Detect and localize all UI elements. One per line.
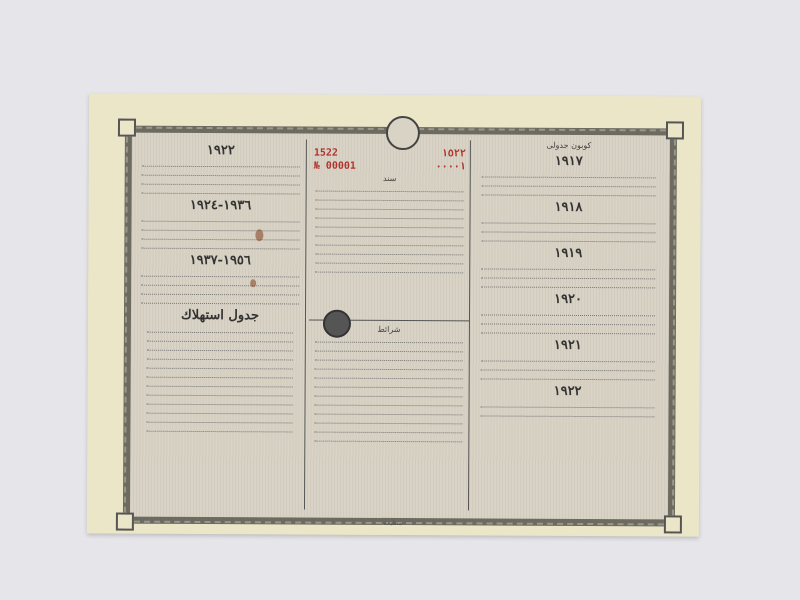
official-seal-icon <box>323 310 351 338</box>
year-range-heading: ١٩٥٦-١٩٣٧ <box>135 253 305 269</box>
year-range-heading: ١٩٣٦-١٩٢٤ <box>136 198 306 214</box>
ornamental-border: ١٩٢٢ ١٩٣٦-١٩٢٤ ١٩٥٦-١٩٣٧ جدول استهلاك 15… <box>123 126 677 527</box>
year-heading: ١٩١٧ <box>476 153 662 169</box>
amortization-table <box>140 327 299 433</box>
year-heading: ١٩٢٠ <box>475 291 661 307</box>
stain <box>255 229 263 241</box>
corner-ornament-icon <box>666 121 684 139</box>
year-heading: ١٩٢١ <box>475 337 661 353</box>
bond-header: سند <box>310 174 470 184</box>
year-heading: ١٩٢٢ <box>475 383 661 399</box>
bond-number: № 00001 <box>314 161 356 172</box>
coupon-title: كوبون جدولى <box>476 140 662 150</box>
corner-ornament-icon <box>118 119 136 137</box>
year-heading: ١٩٢٢ <box>136 143 306 159</box>
serial-latin: 1522 <box>314 148 338 159</box>
bond-document: ١٩٢٢ ١٩٣٦-١٩٢٤ ١٩٥٦-١٩٣٧ جدول استهلاك 15… <box>87 93 701 536</box>
left-amortization-column: ١٩٢٢ ١٩٣٦-١٩٢٤ ١٩٥٦-١٩٣٧ جدول استهلاك <box>134 139 307 510</box>
right-coupon-column: كوبون جدولى ١٩١٧ ١٩١٨ ١٩١٩ ١٩٢٠ ١٩٢١ ١٩٢… <box>474 140 662 511</box>
serial-arabic: ١٥٢٢ <box>442 148 466 159</box>
section-title: جدول استهلاك <box>135 308 305 324</box>
center-bond-text: 1522 ١٥٢٢ № 00001 ٠٠٠٠١ سند شرائط <box>308 140 471 511</box>
stain <box>250 279 256 287</box>
year-heading: ١٩١٨ <box>476 199 662 215</box>
year-heading: ١٩١٩ <box>475 245 661 261</box>
bond-number-arabic: ٠٠٠٠١ <box>436 161 466 172</box>
